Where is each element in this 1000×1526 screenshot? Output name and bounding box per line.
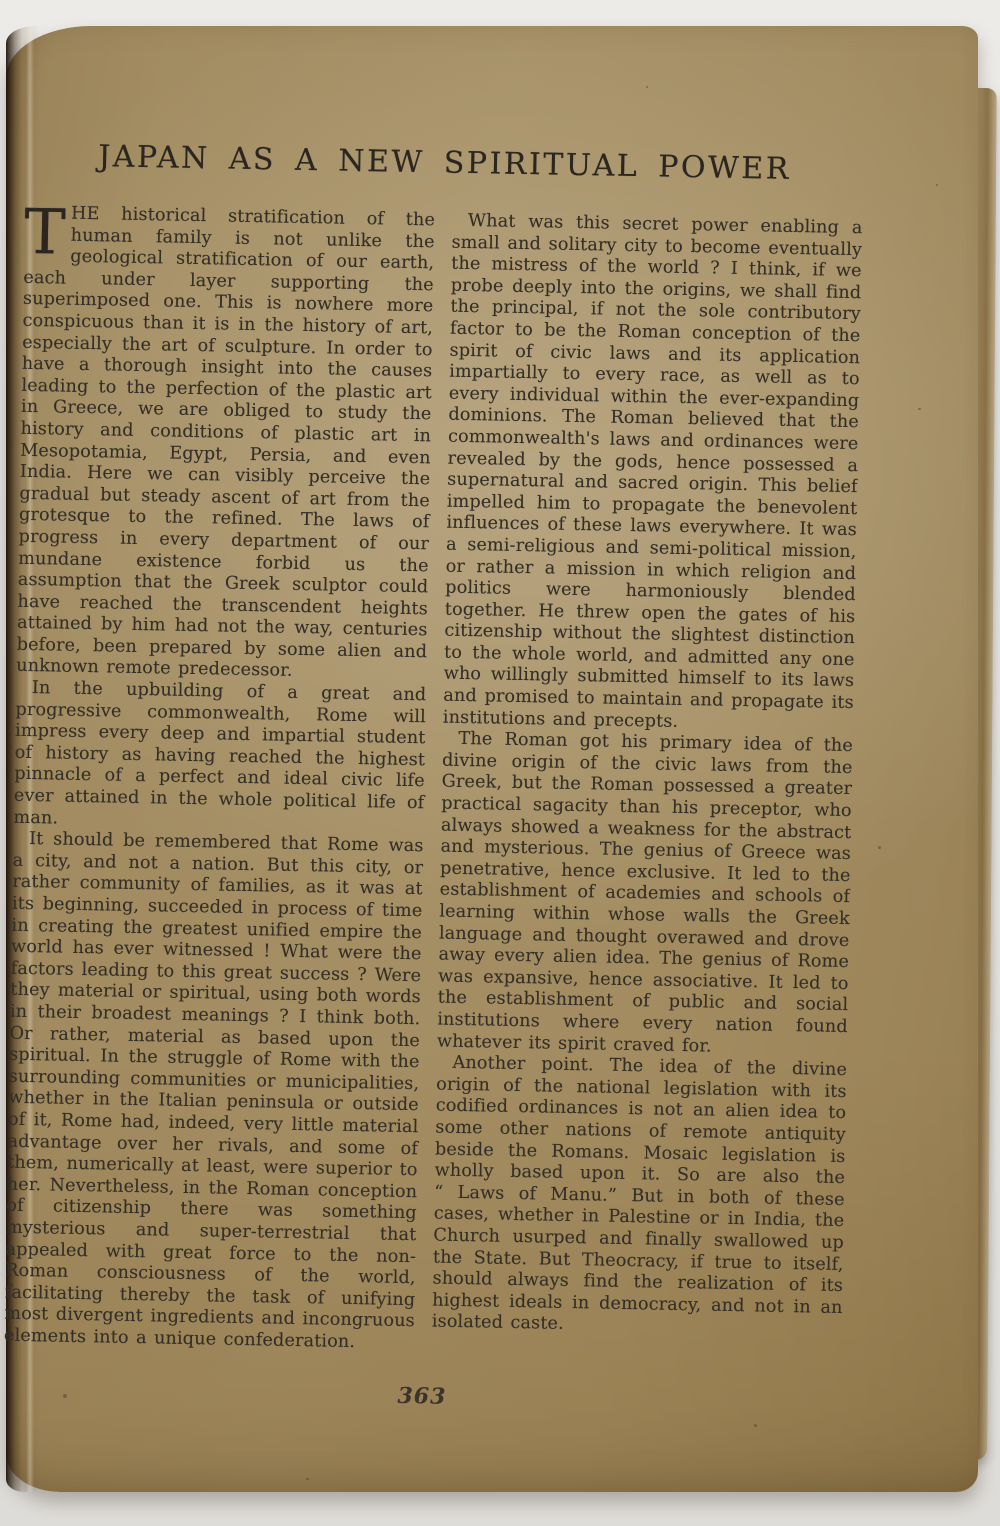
dropcap-letter: T: [24, 203, 72, 259]
paragraph: THE historical stratification of the hum…: [16, 203, 435, 686]
left-column: THE historical stratification of the hum…: [3, 203, 435, 1378]
paragraph: In the upbuilding of a great and progres…: [13, 678, 426, 837]
right-column: What was this secret power enabling a sm…: [431, 211, 863, 1386]
paragraph: It should be remembered that Rome was a …: [4, 829, 424, 1355]
paragraph: Another point. The idea of the divine or…: [432, 1053, 848, 1341]
paragraph: The Roman got his primary idea of the di…: [437, 729, 853, 1060]
photo-background: JAPAN AS A NEW SPIRITUAL POWER THE histo…: [0, 0, 1000, 1526]
text-columns: THE historical stratification of the hum…: [3, 203, 862, 1386]
page-content: JAPAN AS A NEW SPIRITUAL POWER THE histo…: [0, 25, 978, 1509]
paragraph: What was this secret power enabling a sm…: [443, 211, 863, 737]
book-page: JAPAN AS A NEW SPIRITUAL POWER THE histo…: [6, 26, 978, 1492]
paragraph-text: HE historical stratification of the huma…: [16, 204, 435, 682]
article-title: JAPAN AS A NEW SPIRITUAL POWER: [25, 138, 864, 188]
